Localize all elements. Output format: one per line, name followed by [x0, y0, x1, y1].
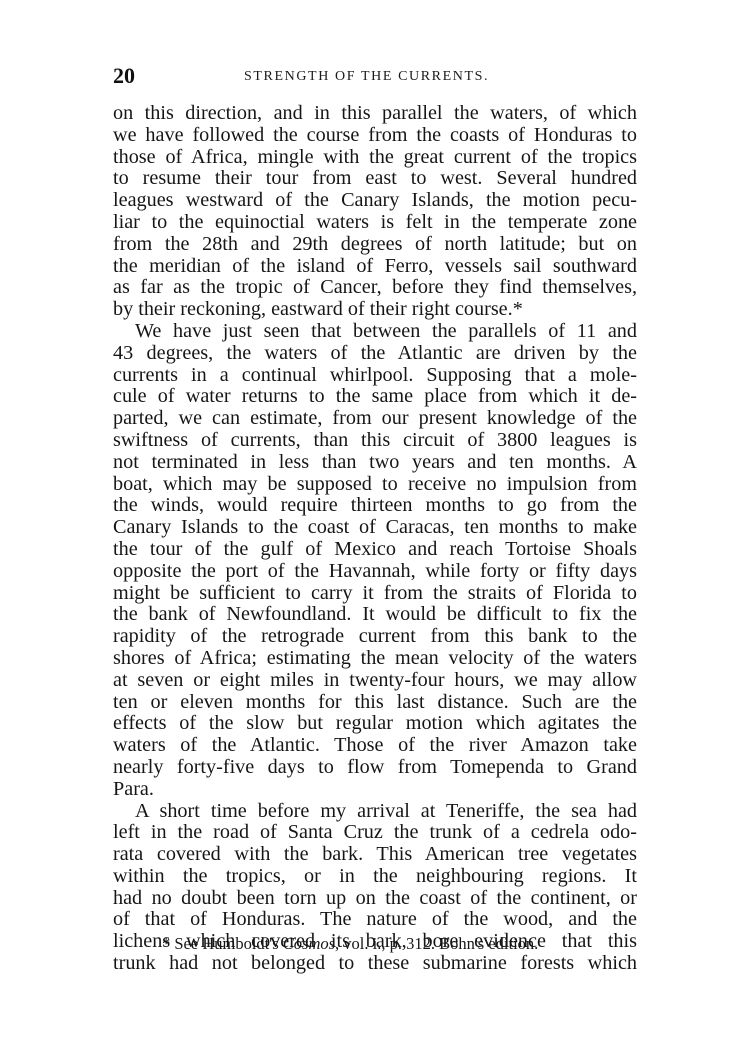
text-line: Para. — [113, 779, 637, 801]
text-line: opposite the port of the Havannah, while… — [113, 561, 637, 583]
text-line: from the 28th and 29th degrees of north … — [113, 234, 637, 256]
text-line: had no doubt been torn up on the coast o… — [113, 888, 637, 910]
text-line: swiftness of currents, than this circuit… — [113, 430, 637, 452]
text-line: shores of Africa; estimating the mean ve… — [113, 648, 637, 670]
footnote-book-title: Cosmos — [283, 934, 335, 953]
body-text: on this direction, and in this parallel … — [113, 103, 637, 975]
paragraph-start-line: A short time before my arrival at Teneri… — [113, 801, 637, 823]
text-line: parted, we can estimate, from our presen… — [113, 408, 637, 430]
text-line: waters of the Atlantic. Those of the riv… — [113, 735, 637, 757]
text-line: cule of water returns to the same place … — [113, 386, 637, 408]
text-line: by their reckoning, eastward of their ri… — [113, 299, 637, 321]
text-line: not terminated in less than two years an… — [113, 452, 637, 474]
text-line: the tour of the gulf of Mexico and reach… — [113, 539, 637, 561]
text-line: effects of the slow but regular motion w… — [113, 713, 637, 735]
text-line: of that of Honduras. The nature of the w… — [113, 909, 637, 931]
text-line: the bank of Newfoundland. It would be di… — [113, 604, 637, 626]
text-line: within the tropics, or in the neighbouri… — [113, 866, 637, 888]
footnote-suffix: , vol. i., p. 312. Bohn's edition. — [335, 934, 538, 953]
text-line: boat, which may be supposed to receive n… — [113, 474, 637, 496]
page-number: 20 — [113, 64, 135, 88]
text-line: Canary Islands to the coast of Caracas, … — [113, 517, 637, 539]
text-line: the winds, would require thirteen months… — [113, 495, 637, 517]
running-head: STRENGTH OF THE CURRENTS. — [244, 69, 489, 85]
text-line: trunk had not belonged to these submarin… — [113, 953, 637, 975]
paragraph-start-line: We have just seen that between the paral… — [113, 321, 637, 343]
text-line: at seven or eight miles in twenty-four h… — [113, 670, 637, 692]
text-line: 43 degrees, the waters of the Atlantic a… — [113, 343, 637, 365]
text-line: as far as the tropic of Cancer, before t… — [113, 277, 637, 299]
footnote-prefix: See Humboldt's — [170, 934, 283, 953]
text-line: rapidity of the retrograde current from … — [113, 626, 637, 648]
text-line: left in the road of Santa Cruz the trunk… — [113, 822, 637, 844]
footnote-marker: * — [162, 934, 170, 953]
text-line: rata covered with the bark. This America… — [113, 844, 637, 866]
text-line: to resume their tour from east to west. … — [113, 168, 637, 190]
text-line: ten or eleven months for this last dista… — [113, 692, 637, 714]
page-header: 20 STRENGTH OF THE CURRENTS. — [113, 64, 637, 88]
footnote: * See Humboldt's Cosmos, vol. i., p. 312… — [162, 934, 538, 954]
text-line: liar to the equinoctial waters is felt i… — [113, 212, 637, 234]
text-line: on this direction, and in this parallel … — [113, 103, 637, 125]
text-line: might be sufficient to carry it from the… — [113, 583, 637, 605]
text-line: currents in a continual whirlpool. Suppo… — [113, 365, 637, 387]
text-line: the meridian of the island of Ferro, ves… — [113, 256, 637, 278]
text-line: nearly forty-five days to flow from Tome… — [113, 757, 637, 779]
book-page: 20 STRENGTH OF THE CURRENTS. on this dir… — [0, 0, 750, 1050]
text-line: we have followed the course from the coa… — [113, 125, 637, 147]
text-line: leagues westward of the Canary Islands, … — [113, 190, 637, 212]
text-line: those of Africa, mingle with the great c… — [113, 147, 637, 169]
